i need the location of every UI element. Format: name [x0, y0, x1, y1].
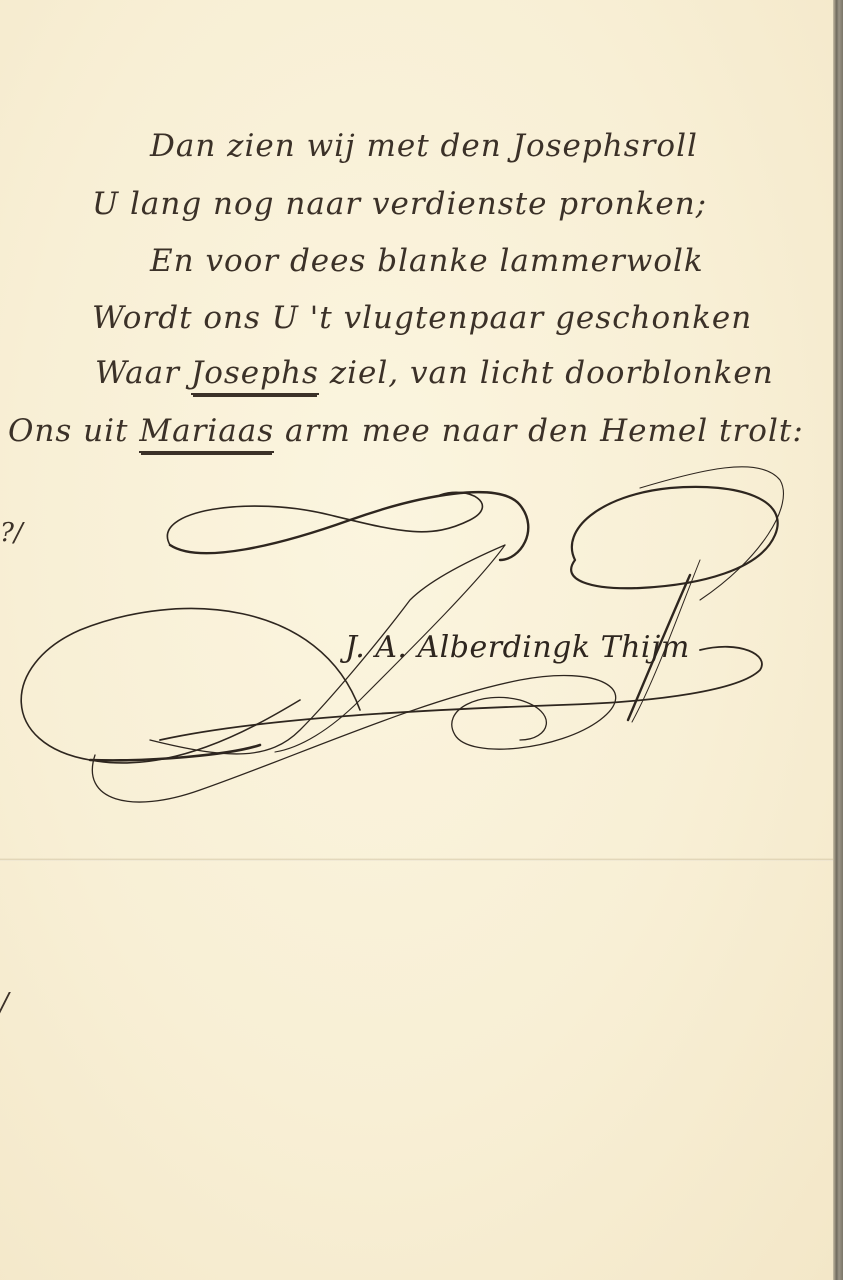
signature-text: J. A. Alberdingk Thijm [345, 630, 690, 665]
page-edge [833, 0, 843, 1280]
paper-fold-line [0, 858, 833, 861]
manuscript-page: Dan zien wij met den Josephsroll U lang … [0, 0, 833, 1280]
